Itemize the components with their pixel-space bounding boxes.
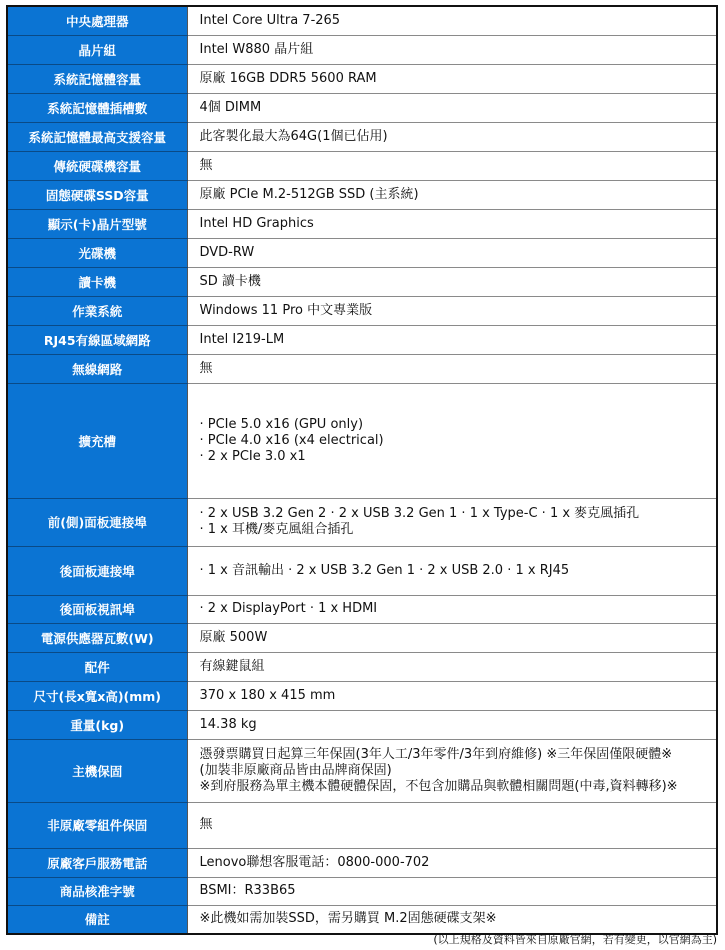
- spec-value-line: ※到府服務為單主機本體硬體保固，不包含加購品與軟體相關問題(中毒,資料轉移)※: [200, 779, 717, 795]
- spec-row: 後面板視訊埠 · 2 x DisplayPort · 1 x HDMI: [7, 595, 717, 623]
- spec-row: 重量(kg)14.38 kg: [7, 710, 717, 739]
- spec-value: 無: [187, 354, 717, 383]
- spec-label: RJ45有線區域網路: [7, 325, 187, 354]
- spec-row: 顯示(卡)晶片型號Intel HD Graphics: [7, 209, 717, 238]
- spec-value-line: · PCIe 5.0 x16 (GPU only): [200, 417, 717, 433]
- spec-row: RJ45有線區域網路Intel I219-LM: [7, 325, 717, 354]
- spec-row: 作業系統Windows 11 Pro 中文專業版: [7, 296, 717, 325]
- spec-value-line: · 2 x USB 3.2 Gen 2 · 2 x USB 3.2 Gen 1 …: [200, 506, 717, 522]
- spec-label: 系統記憶體插槽數: [7, 93, 187, 122]
- spec-value-line: 憑發票購買日起算三年保固(3年人工/3年零件/3年到府維修) ※三年保固僅限硬體…: [200, 747, 717, 763]
- spec-row: 電源供應器瓦數(W)原廠 500W: [7, 623, 717, 652]
- spec-value: 原廠 PCIe M.2-512GB SSD (主系統): [187, 180, 717, 209]
- spec-label: 重量(kg): [7, 710, 187, 739]
- spec-value: 有線鍵鼠組: [187, 652, 717, 681]
- spec-value: Intel I219-LM: [187, 325, 717, 354]
- spec-value: 原廠 16GB DDR5 5600 RAM: [187, 64, 717, 93]
- spec-label: 尺寸(長x寬x高)(mm): [7, 681, 187, 710]
- spec-label: 後面板視訊埠: [7, 595, 187, 623]
- spec-value: Intel Core Ultra 7-265: [187, 6, 717, 35]
- spec-row: 光碟機DVD-RW: [7, 238, 717, 267]
- spec-label: 作業系統: [7, 296, 187, 325]
- spec-label: 非原廠零組件保固: [7, 802, 187, 848]
- spec-value-line: 4個 DIMM: [200, 100, 717, 116]
- spec-value: · PCIe 5.0 x16 (GPU only)· PCIe 4.0 x16 …: [187, 383, 717, 498]
- spec-value-line: · 2 x PCIe 3.0 x1: [200, 449, 717, 465]
- spec-value: 此客製化最大為64G(1個已佔用): [187, 122, 717, 151]
- spec-label: 擴充槽: [7, 383, 187, 498]
- spec-value: SD 讀卡機: [187, 267, 717, 296]
- spec-row: 系統記憶體插槽數4個 DIMM: [7, 93, 717, 122]
- spec-value-line: 370 x 180 x 415 mm: [200, 688, 717, 704]
- spec-row: 非原廠零組件保固無: [7, 802, 717, 848]
- spec-label: 讀卡機: [7, 267, 187, 296]
- spec-value-line: Intel Core Ultra 7-265: [200, 13, 717, 29]
- spec-row: 晶片組Intel W880 晶片組: [7, 35, 717, 64]
- spec-value: 4個 DIMM: [187, 93, 717, 122]
- spec-value: 原廠 500W: [187, 623, 717, 652]
- spec-value: 憑發票購買日起算三年保固(3年人工/3年零件/3年到府維修) ※三年保固僅限硬體…: [187, 739, 717, 802]
- spec-value-line: · 1 x 耳機/麥克風組合插孔: [200, 522, 717, 538]
- spec-value-line: ※此機如需加裝SSD，需另購買 M.2固態硬碟支架※: [200, 911, 717, 927]
- source-footnote: (以上規格及資料皆來自原廠官網，若有變更，以官網為主): [433, 931, 717, 947]
- spec-value: 無: [187, 802, 717, 848]
- spec-row: 前(側)面板連接埠· 2 x USB 3.2 Gen 2 · 2 x USB 3…: [7, 498, 717, 546]
- spec-value-line: 原廠 PCIe M.2-512GB SSD (主系統): [200, 187, 717, 203]
- spec-row: 主機保固憑發票購買日起算三年保固(3年人工/3年零件/3年到府維修) ※三年保固…: [7, 739, 717, 802]
- spec-label: 電源供應器瓦數(W): [7, 623, 187, 652]
- spec-value: Intel HD Graphics: [187, 209, 717, 238]
- spec-value-line: · 1 x 音訊輸出 · 2 x USB 3.2 Gen 1 · 2 x USB…: [200, 563, 717, 579]
- spec-label: 晶片組: [7, 35, 187, 64]
- spec-row: 備註※此機如需加裝SSD，需另購買 M.2固態硬碟支架※: [7, 905, 717, 934]
- spec-value-line: · PCIe 4.0 x16 (x4 electrical): [200, 433, 717, 449]
- spec-value-line: 此客製化最大為64G(1個已佔用): [200, 129, 717, 145]
- spec-value: 370 x 180 x 415 mm: [187, 681, 717, 710]
- spec-row: 商品核准字號BSMI：R33B65: [7, 877, 717, 905]
- spec-label: 中央處理器: [7, 6, 187, 35]
- spec-value: · 2 x USB 3.2 Gen 2 · 2 x USB 3.2 Gen 1 …: [187, 498, 717, 546]
- spec-value: Lenovo聯想客服電話：0800-000-702: [187, 848, 717, 877]
- spec-label: 傳統硬碟機容量: [7, 151, 187, 180]
- spec-value-line: BSMI：R33B65: [200, 883, 717, 899]
- spec-row: 無線網路無: [7, 354, 717, 383]
- spec-value-line: SD 讀卡機: [200, 274, 717, 290]
- spec-value-line: Intel I219-LM: [200, 332, 717, 348]
- spec-row: 尺寸(長x寬x高)(mm)370 x 180 x 415 mm: [7, 681, 717, 710]
- spec-value-line: 無: [200, 361, 717, 377]
- spec-value-line: Windows 11 Pro 中文專業版: [200, 303, 717, 319]
- spec-table-body: 中央處理器Intel Core Ultra 7-265晶片組Intel W880…: [7, 6, 717, 934]
- spec-value: BSMI：R33B65: [187, 877, 717, 905]
- spec-label: 無線網路: [7, 354, 187, 383]
- spec-label: 系統記憶體最高支援容量: [7, 122, 187, 151]
- spec-label: 配件: [7, 652, 187, 681]
- spec-value: · 1 x 音訊輸出 · 2 x USB 3.2 Gen 1 · 2 x USB…: [187, 546, 717, 595]
- spec-value: 無: [187, 151, 717, 180]
- spec-value: ※此機如需加裝SSD，需另購買 M.2固態硬碟支架※: [187, 905, 717, 934]
- spec-label: 原廠客戶服務電話: [7, 848, 187, 877]
- spec-row: 傳統硬碟機容量無: [7, 151, 717, 180]
- spec-label: 後面板連接埠: [7, 546, 187, 595]
- spec-row: 固態硬碟SSD容量原廠 PCIe M.2-512GB SSD (主系統): [7, 180, 717, 209]
- spec-value-line: (加裝非原廠商品皆由品牌商保固): [200, 763, 717, 779]
- spec-row: 讀卡機SD 讀卡機: [7, 267, 717, 296]
- spec-value: Windows 11 Pro 中文專業版: [187, 296, 717, 325]
- spec-label: 商品核准字號: [7, 877, 187, 905]
- spec-value-line: · 2 x DisplayPort · 1 x HDMI: [200, 601, 717, 617]
- spec-value: 14.38 kg: [187, 710, 717, 739]
- spec-label: 固態硬碟SSD容量: [7, 180, 187, 209]
- spec-label: 備註: [7, 905, 187, 934]
- spec-value-line: DVD-RW: [200, 245, 717, 261]
- spec-row: 系統記憶體容量原廠 16GB DDR5 5600 RAM: [7, 64, 717, 93]
- spec-label: 主機保固: [7, 739, 187, 802]
- spec-value-line: Intel HD Graphics: [200, 216, 717, 232]
- spec-value-line: 原廠 500W: [200, 630, 717, 646]
- spec-value: Intel W880 晶片組: [187, 35, 717, 64]
- spec-value-line: 無: [200, 158, 717, 174]
- spec-row: 中央處理器Intel Core Ultra 7-265: [7, 6, 717, 35]
- spec-value-line: 無: [200, 817, 717, 833]
- spec-label: 顯示(卡)晶片型號: [7, 209, 187, 238]
- spec-value: · 2 x DisplayPort · 1 x HDMI: [187, 595, 717, 623]
- spec-label: 前(側)面板連接埠: [7, 498, 187, 546]
- spec-row: 原廠客戶服務電話Lenovo聯想客服電話：0800-000-702: [7, 848, 717, 877]
- spec-value-line: Intel W880 晶片組: [200, 42, 717, 58]
- spec-row: 擴充槽· PCIe 5.0 x16 (GPU only)· PCIe 4.0 x…: [7, 383, 717, 498]
- spec-label: 系統記憶體容量: [7, 64, 187, 93]
- spec-table: 中央處理器Intel Core Ultra 7-265晶片組Intel W880…: [6, 5, 718, 935]
- spec-value-line: 14.38 kg: [200, 717, 717, 733]
- spec-row: 系統記憶體最高支援容量此客製化最大為64G(1個已佔用): [7, 122, 717, 151]
- spec-value: DVD-RW: [187, 238, 717, 267]
- spec-row: 後面板連接埠· 1 x 音訊輸出 · 2 x USB 3.2 Gen 1 · 2…: [7, 546, 717, 595]
- spec-value-line: 原廠 16GB DDR5 5600 RAM: [200, 71, 717, 87]
- spec-label: 光碟機: [7, 238, 187, 267]
- spec-row: 配件有線鍵鼠組: [7, 652, 717, 681]
- spec-value-line: Lenovo聯想客服電話：0800-000-702: [200, 855, 717, 871]
- spec-value-line: 有線鍵鼠組: [200, 659, 717, 675]
